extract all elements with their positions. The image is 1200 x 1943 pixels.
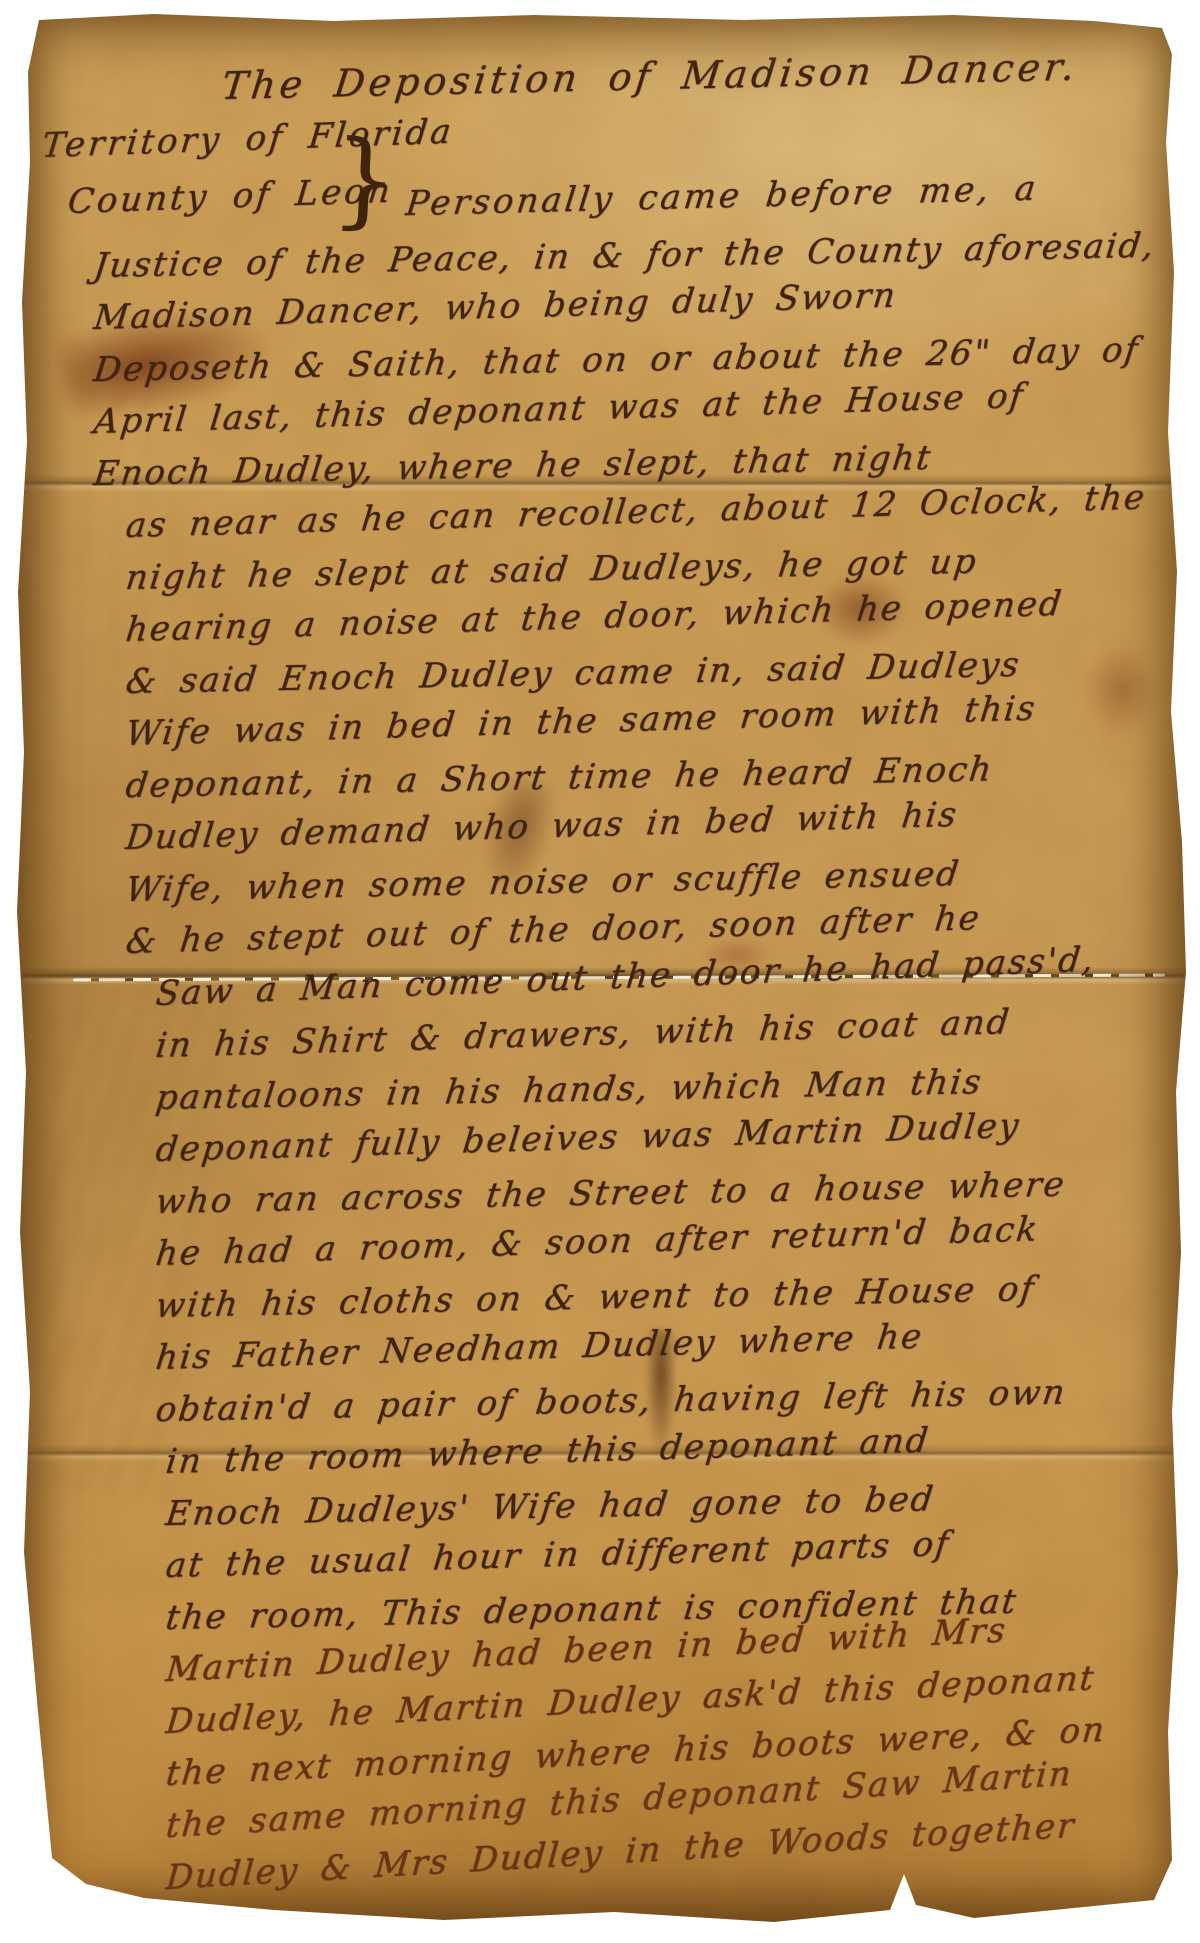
brace-mark: }: [329, 116, 401, 241]
scan-background: The Deposition of Madison Dancer. Territ…: [0, 0, 1200, 1943]
manuscript-page: The Deposition of Madison Dancer. Territ…: [14, 12, 1188, 1930]
document-title: The Deposition of Madison Dancer.: [219, 45, 1080, 109]
manuscript-line: Personally came before me, a: [404, 168, 1041, 224]
manuscript-body: Justice of the Peace, in & for the Count…: [14, 240, 1188, 1904]
